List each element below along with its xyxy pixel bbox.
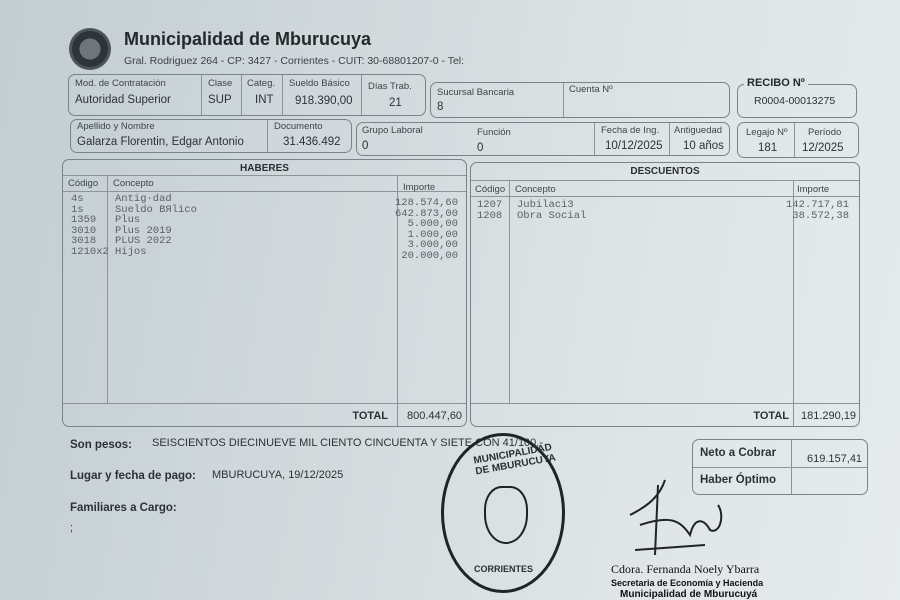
legajo-label: Legajo Nº	[746, 127, 788, 138]
cuenta-label: Cuenta Nº	[569, 84, 613, 95]
categ-value: INT	[255, 94, 274, 106]
periodo-label: Período	[808, 127, 841, 138]
haberes-title: HABERES	[63, 163, 466, 174]
antiguedad-label: Antiguedad	[674, 125, 722, 136]
grupo-label: Grupo Laboral	[362, 125, 423, 136]
descuentos-col-concepto: Concepto	[515, 184, 556, 195]
descuentos-table: DESCUENTOS Código Concepto Importe 1207 …	[470, 162, 860, 427]
recibo-box: RECIBO Nº R0004-00013275	[737, 84, 857, 118]
sueldo-basico-label: Sueldo Básico	[289, 78, 350, 89]
recibo-value: R0004-00013275	[754, 95, 835, 107]
signature-org: Municipalidad de Mburucuyá	[620, 589, 757, 600]
job-box: Grupo Laboral 0 Función 0 Fecha de Ing. …	[356, 122, 730, 156]
dias-trab-label: Días Trab.	[368, 81, 412, 92]
haberes-conceptos: Antig·dad Sueldo BЯlico Plus Plus 2019 P…	[115, 194, 197, 258]
org-name: Municipalidad de Mburucuya	[124, 29, 371, 50]
bank-info-box: Sucursal Bancaria 8 Cuenta Nº	[430, 82, 730, 118]
lugar-value: MBURUCUYA, 19/12/2025	[212, 469, 343, 481]
descuentos-col-importe: Importe	[797, 184, 829, 195]
haberes-col-concepto: Concepto	[113, 178, 154, 189]
employment-info-box: Mod. de Contratación Autoridad Superior …	[68, 74, 426, 116]
descuentos-total: 181.290,19	[801, 410, 856, 422]
sueldo-basico-value: 918.390,00	[295, 95, 353, 107]
funcion-value: 0	[477, 142, 483, 154]
haberes-importes: 128.574,60 642.873,00 5.000,00 1.000,00 …	[395, 198, 458, 262]
haberes-col-codigo: Código	[68, 178, 98, 189]
categ-label: Categ.	[247, 78, 275, 89]
descuentos-codigos: 1207 1208	[477, 200, 502, 221]
official-stamp-icon: MUNICIPALIDAD DE MBURUCUYA CORRIENTES	[441, 433, 565, 593]
clase-value: SUP	[208, 94, 232, 106]
familiares-value: ;	[70, 522, 73, 534]
haberes-codigos: 4s 1s 1359 3010 3018 1210x2	[71, 194, 109, 258]
org-address: Gral. Rodriguez 264 - CP: 3427 - Corrien…	[124, 55, 464, 67]
antiguedad-value: 10 años	[683, 140, 724, 152]
stamp-bottom-text: CORRIENTES	[474, 564, 533, 574]
lugar-label: Lugar y fecha de pago:	[70, 470, 196, 482]
sucursal-value: 8	[437, 101, 443, 113]
fecha-ing-value: 10/12/2025	[605, 140, 663, 152]
descuentos-conceptos: Jubilaci3 Obra Social	[517, 200, 586, 221]
fecha-ing-label: Fecha de Ing.	[601, 125, 659, 136]
employee-box: Apellido y Nombre Galarza Florentin, Edg…	[70, 119, 352, 153]
haberes-total-label: TOTAL	[352, 410, 388, 422]
haberes-col-importe: Importe	[403, 182, 435, 193]
haberes-total: 800.447,60	[407, 410, 462, 422]
funcion-label: Función	[477, 127, 511, 138]
dias-trab-value: 21	[389, 97, 402, 109]
grupo-value: 0	[362, 140, 368, 152]
haberes-table: HABERES Código Concepto Importe 4s 1s 13…	[62, 159, 467, 427]
son-pesos-label: Son pesos:	[70, 439, 132, 451]
payslip-document: Municipalidad de Mburucuya Gral. Rodrigu…	[0, 0, 900, 600]
signature-name: Cdora. Fernanda Noely Ybarra	[611, 562, 759, 577]
stamp-top-text: MUNICIPALIDAD DE MBURUCUYA	[473, 441, 563, 478]
documento-value: 31.436.492	[283, 136, 341, 148]
descuentos-importes: 142.717,81 38.572,38	[786, 200, 849, 221]
descuentos-total-label: TOTAL	[753, 410, 789, 422]
signature-role: Secretaria de Economía y Hacienda	[611, 578, 763, 588]
recibo-label: RECIBO Nº	[744, 77, 808, 89]
neto-label: Neto a Cobrar	[700, 447, 776, 459]
nombre-label: Apellido y Nombre	[77, 121, 155, 132]
documento-label: Documento	[274, 121, 323, 132]
descuentos-col-codigo: Código	[475, 184, 505, 195]
clase-label: Clase	[208, 78, 232, 89]
municipal-logo-icon	[69, 28, 111, 70]
legajo-value: 181	[758, 142, 777, 154]
signature-icon	[610, 475, 730, 560]
mod-contratacion-label: Mod. de Contratación	[75, 78, 166, 89]
nombre-value: Galarza Florentin, Edgar Antonio	[77, 136, 244, 148]
sucursal-label: Sucursal Bancaria	[437, 87, 514, 98]
periodo-value: 12/2025	[802, 142, 844, 154]
legajo-box: Legajo Nº 181 Período 12/2025	[737, 122, 859, 158]
neto-value: 619.157,41	[807, 453, 862, 465]
descuentos-title: DESCUENTOS	[471, 166, 859, 177]
mod-contratacion-value: Autoridad Superior	[75, 94, 171, 106]
familiares-label: Familiares a Cargo:	[70, 502, 177, 514]
